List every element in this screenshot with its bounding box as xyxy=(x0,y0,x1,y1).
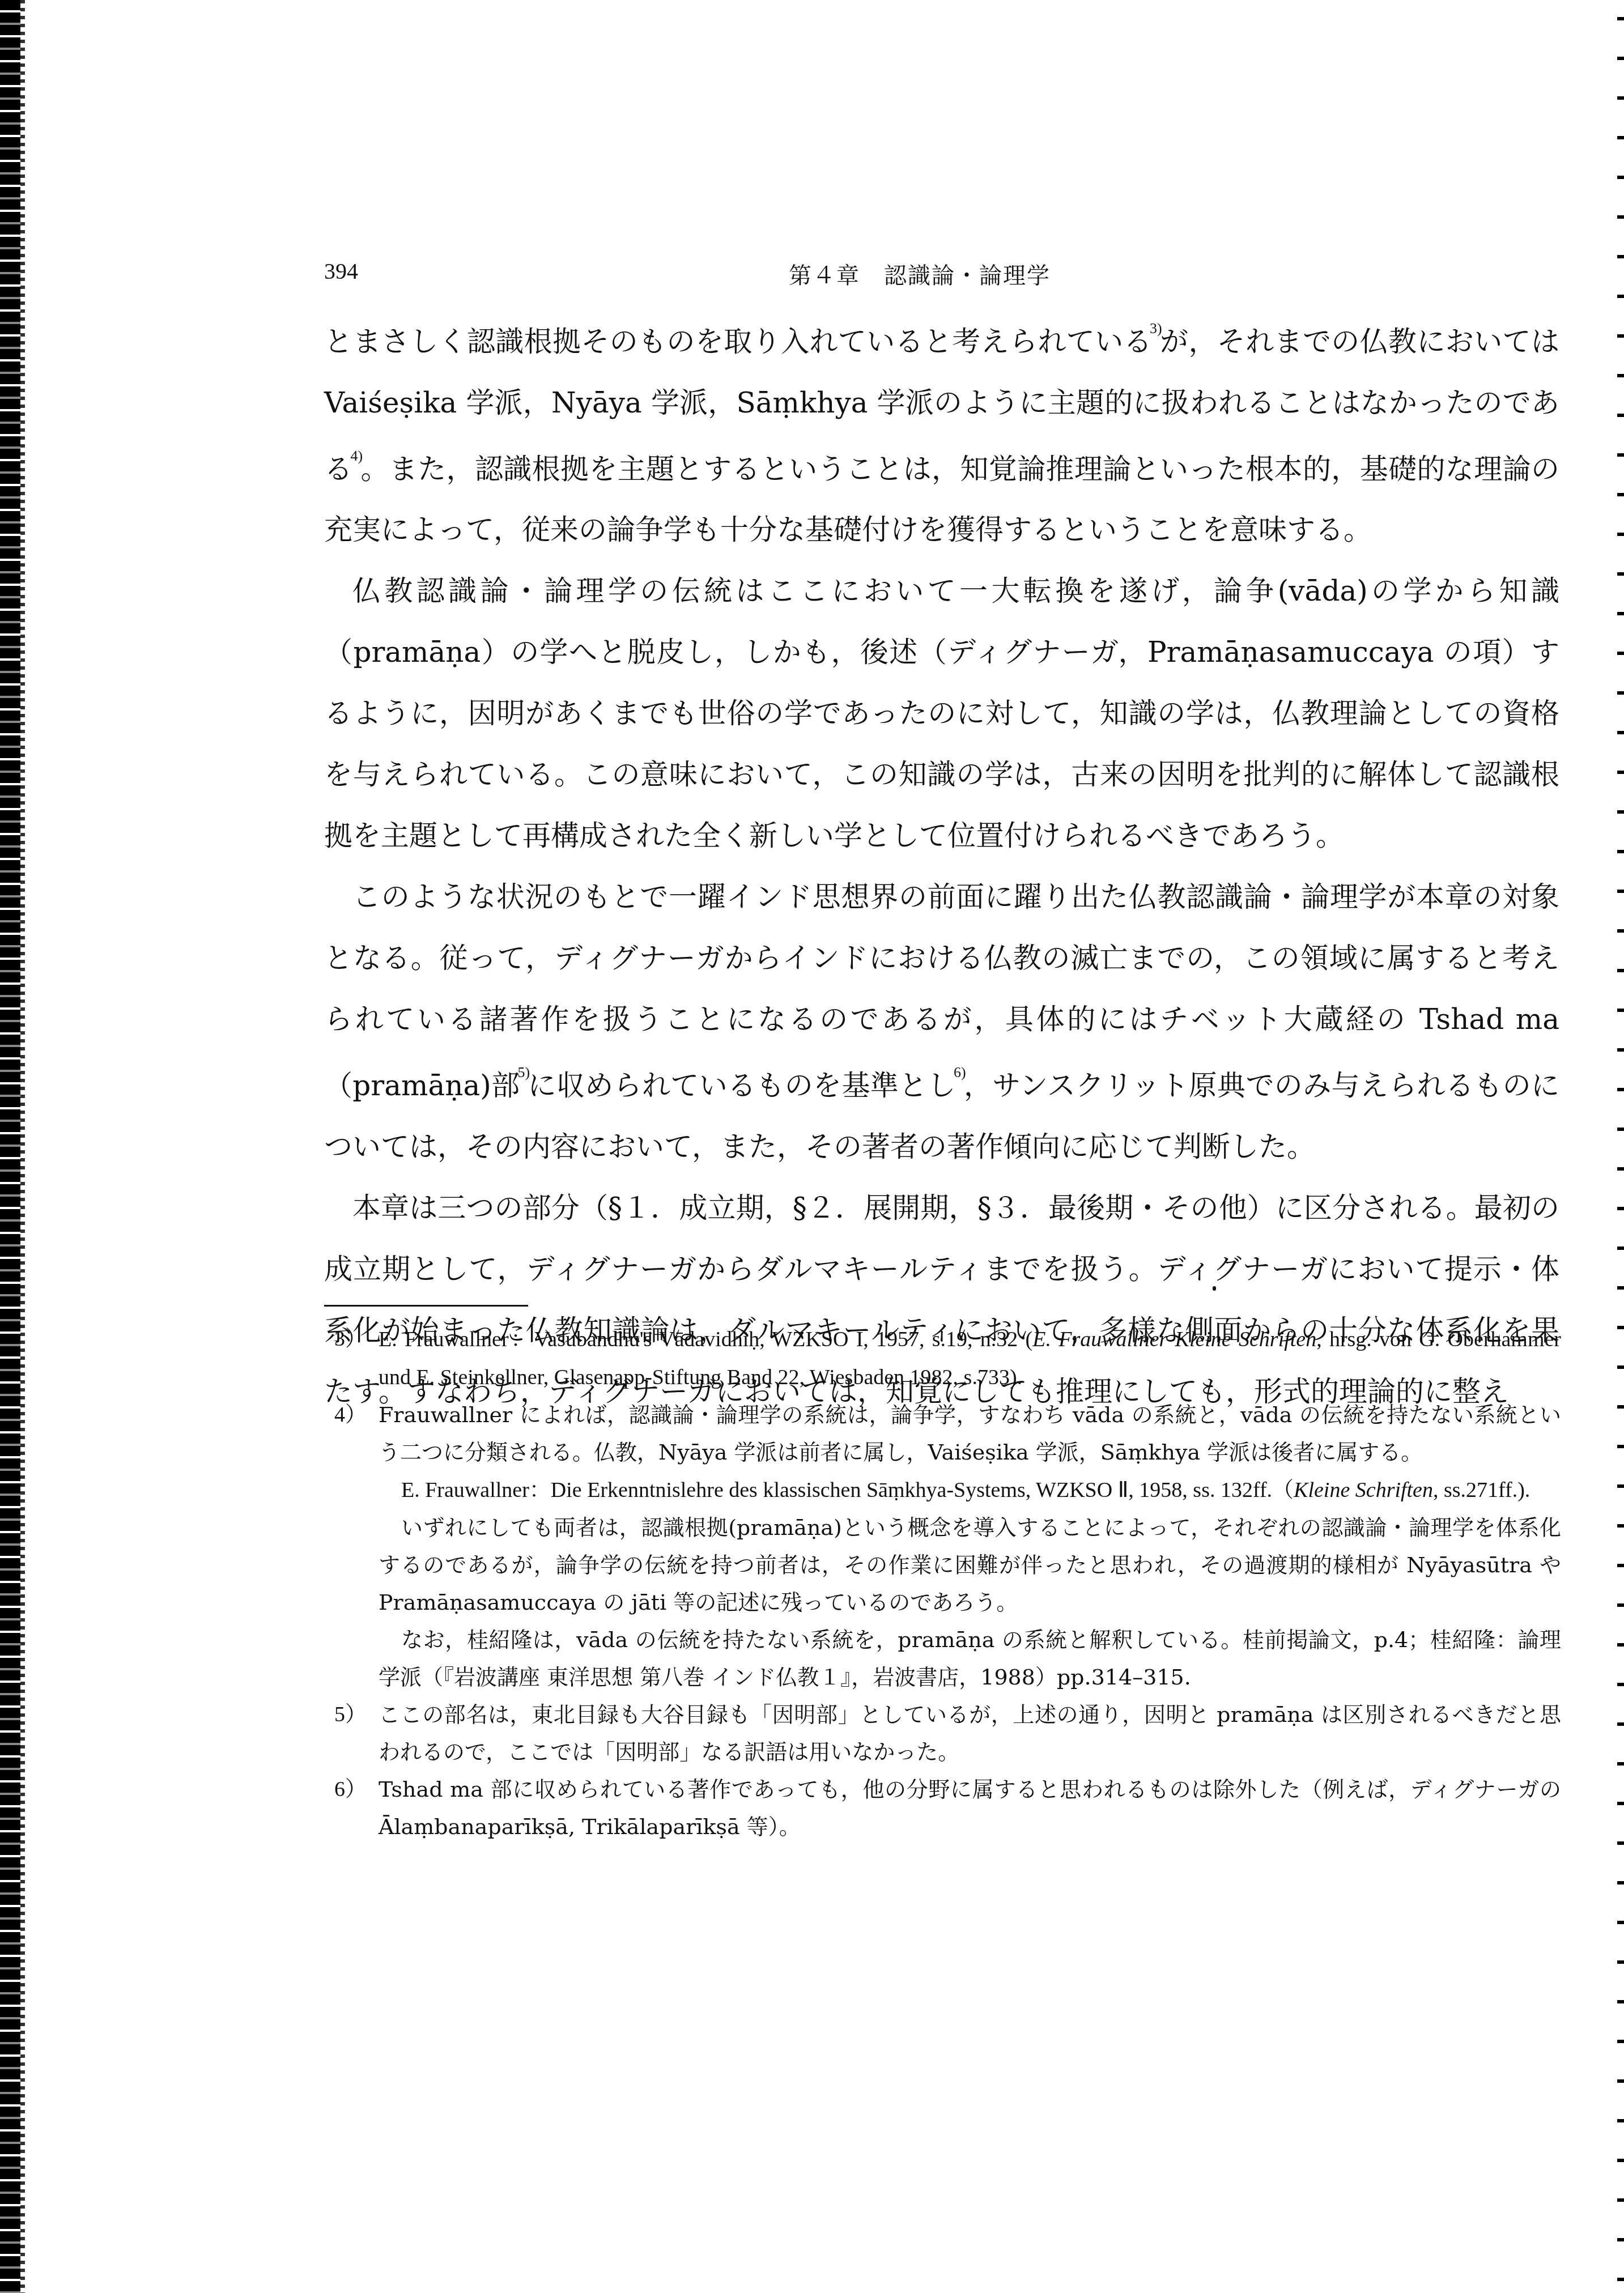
footnote-sub-2: いずれにしても両者は，認識根拠(pramāṇa)という概念を導入することによって… xyxy=(379,1509,1561,1621)
running-head: 第４章 認識論・論理学 xyxy=(789,258,1051,290)
footnote-text: Tshad ma 部に収められている著作であっても，他の分野に属すると思われるも… xyxy=(379,1777,1561,1839)
paragraph-text: とまさしく認識根拠そのものを取り入れていると考えられている xyxy=(324,325,1152,358)
page-number: 394 xyxy=(324,258,358,284)
scan-edge-left-inner xyxy=(20,0,25,2293)
footnote-text: E. Frauwallner：Vasubandhu's Vādavidhiḥ, … xyxy=(379,1328,1032,1351)
scan-edge-left xyxy=(0,0,20,2293)
paragraph-text: に収められているものを基準とし xyxy=(528,1069,956,1102)
paragraph-text: 。また，認識根拠を主題とするということは，知覚論推理論といった根本的，基礎的な理… xyxy=(324,452,1559,546)
footnote-ref-4[interactable]: 4) xyxy=(350,448,363,464)
footnotes: 3） E. Frauwallner：Vasubandhu's Vādavidhi… xyxy=(334,1320,1561,1845)
footnote-sub-1: E. Frauwallner：Die Erkenntnislehre des k… xyxy=(379,1471,1561,1509)
footnote-text: ここの部名は，東北目録も大谷目録も「因明部」としているが，上述の通り，因明と p… xyxy=(379,1702,1561,1764)
footnote-sub-3: なお，桂紹隆は，vāda の伝統を持たない系統を，pramāṇa の系統と解釈し… xyxy=(379,1621,1561,1696)
footnote-italic: E. Frauwallner Kleine Schriften xyxy=(1032,1328,1316,1351)
page-header: 394 第４章 認識論・論理学 xyxy=(324,258,1554,292)
paragraph-3: このような状況のもとで一躍インド思想界の前面に躍り出た仏教認識論・論理学が本章の… xyxy=(324,866,1559,1177)
body-text: とまさしく認識根拠そのものを取り入れていると考えられている3)が，それまでの仏教… xyxy=(324,306,1559,1422)
paragraph-2: 仏教認識論・論理学の伝統はここにおいて一大転換を遂げ，論争(vāda)の学から知… xyxy=(324,560,1559,866)
scan-edge-right xyxy=(1617,0,1624,2293)
footnote-label: 5） xyxy=(334,1696,367,1733)
footnote-label: 4） xyxy=(334,1396,367,1433)
footnote-6: 6） Tshad ma 部に収められている著作であっても，他の分野に属すると思わ… xyxy=(334,1771,1561,1845)
footnote-text: Frauwallner によれば，認識論・論理学の系統は，論争学，すなわち vā… xyxy=(379,1402,1561,1465)
footnote-4: 4） Frauwallner によれば，認識論・論理学の系統は，論争学，すなわち… xyxy=(334,1396,1561,1696)
footnote-label: 3） xyxy=(334,1320,367,1358)
paragraph-1: とまさしく認識根拠そのものを取り入れていると考えられている3)が，それまでの仏教… xyxy=(324,306,1559,560)
scan-speck xyxy=(1213,1286,1216,1291)
footnote-italic: Kleine Schriften xyxy=(1294,1478,1433,1502)
footnote-text: , ss.271ff.). xyxy=(1433,1478,1530,1502)
footnote-text: E. Frauwallner：Die Erkenntnislehre des k… xyxy=(401,1478,1294,1502)
footnote-rule xyxy=(324,1305,528,1307)
footnote-ref-5[interactable]: 5) xyxy=(518,1064,530,1080)
footnote-ref-3[interactable]: 3) xyxy=(1150,320,1162,337)
footnote-label: 6） xyxy=(334,1771,367,1808)
footnote-3: 3） E. Frauwallner：Vasubandhu's Vādavidhi… xyxy=(334,1320,1561,1396)
footnote-ref-6[interactable]: 6) xyxy=(954,1064,966,1080)
footnote-5: 5） ここの部名は，東北目録も大谷目録も「因明部」としているが，上述の通り，因明… xyxy=(334,1696,1561,1771)
